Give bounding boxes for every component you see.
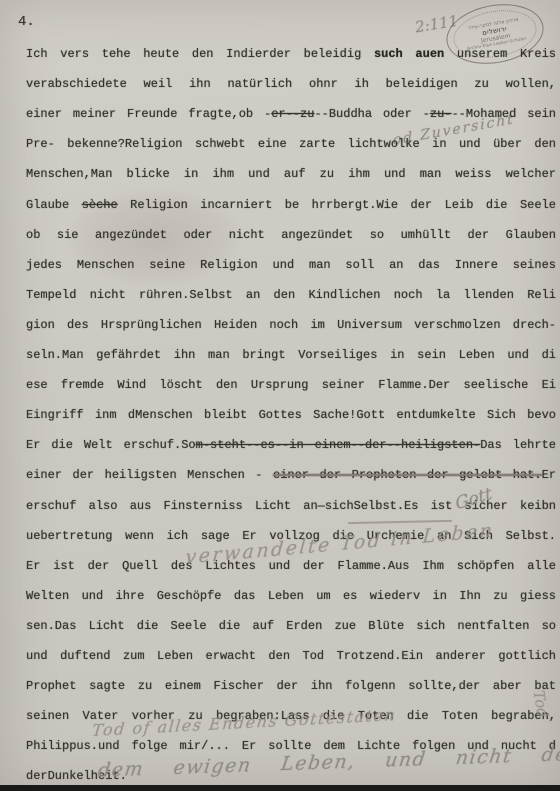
typed-line: Prophet sagte zu einem Fischer der ihn f…	[26, 678, 556, 694]
typed-text: ob sie angezündet oder nicht angezündet …	[26, 228, 556, 242]
typed-text: und duftend zum Leben erwacht den Tod Tr…	[26, 649, 556, 663]
typed-text-struck: sèche	[82, 198, 118, 212]
typed-line: und duftend zum Leben erwacht den Tod Tr…	[26, 648, 556, 664]
scan-edge	[0, 785, 560, 791]
typed-text: jedes Menschen seine Religion und man so…	[26, 258, 556, 272]
typed-text: Menschen,Man blicke in ihm und auf zu ih…	[26, 167, 556, 181]
typed-line: Eingriff inm dMenschen bleibt Gottes Sac…	[26, 407, 556, 423]
typed-text: Glaube	[26, 198, 82, 212]
typed-line: einer der heiligsten Menschen - einer de…	[26, 467, 556, 483]
typed-line: Menschen,Man blicke in ihm und auf zu ih…	[26, 166, 556, 182]
typed-text: gion des Hrsprünglichen Heiden noch im U…	[26, 318, 556, 332]
typed-line: Tempeld nicht rühren.Selbst an den Kindl…	[26, 287, 556, 303]
typed-text: einer meiner Freunde fragte,ob -	[26, 107, 271, 121]
page-number: 4.	[18, 14, 35, 30]
typed-text: Religion incarniert be hrrbergt.Wie der …	[118, 198, 556, 212]
typed-text: Tempeld nicht rühren.Selbst an den Kindl…	[26, 288, 556, 302]
typed-text: Prophet sagte zu einem Fischer der ihn f…	[26, 679, 556, 693]
typed-text-struck: zu-	[430, 107, 452, 121]
typed-line: Er die Welt erschuf.Som-steht--es--in ei…	[26, 437, 556, 453]
typed-text: unserem Kreis	[444, 47, 556, 61]
typed-text-pencil-struck: einer der Propheten der gelebt hat.	[273, 468, 542, 482]
typed-text: --Mohamed sein	[451, 107, 556, 121]
typed-text: Er die Welt erschuf.So	[26, 438, 196, 452]
typed-text: Eingriff inm dMenschen bleibt Gottes Sac…	[26, 408, 556, 422]
typed-text: Ich vers tehe heute den Indierder beleid…	[26, 47, 374, 61]
typed-line: gion des Hrsprünglichen Heiden noch im U…	[26, 317, 556, 333]
typed-line: Pre- bekenne?Religion schwebt eine zarte…	[26, 136, 556, 152]
typed-text: --Buddha oder -	[314, 107, 429, 121]
typed-text: ese fremde Wind löscht den Ursprung sein…	[26, 378, 556, 392]
typed-text-struck: m-steht--es--in einem--der--heiligsten-	[196, 438, 481, 452]
typed-line: jedes Menschen seine Religion und man so…	[26, 257, 556, 273]
typed-text: Pre- bekenne?Religion schwebt eine zarte…	[26, 137, 556, 151]
typed-text: einer der heiligsten Menschen -	[26, 468, 273, 482]
typed-text: Er	[542, 468, 556, 482]
typed-line: einer meiner Freunde fragte,ob -er--zu--…	[26, 106, 556, 122]
typed-text-struck: er--zu	[271, 107, 314, 121]
typed-text-overtyped: such auen	[374, 47, 444, 61]
typed-line: seln.Man gefährdet ihn man bringt Vorsei…	[26, 347, 556, 363]
typed-text: Er ist der Quell des Lichtes und der Fla…	[26, 559, 556, 573]
typed-line: sen.Das Licht die Seele die auf Erden zu…	[26, 618, 556, 634]
typed-line: Glaube sèche Religion incarniert be hrrb…	[26, 197, 556, 213]
typed-line: Ich vers tehe heute den Indierder beleid…	[26, 46, 556, 62]
typed-text: Welten und ihre Geschöpfe das Leben um e…	[26, 589, 556, 603]
typed-line: Welten und ihre Geschöpfe das Leben um e…	[26, 588, 556, 604]
typed-text: sen.Das Licht die Seele die auf Erden zu…	[26, 619, 556, 633]
typed-line: ese fremde Wind löscht den Ursprung sein…	[26, 377, 556, 393]
typed-text: Das lehrte	[480, 438, 556, 452]
typed-text: verabschiedete weil ihn natürlich ohnr i…	[26, 77, 556, 91]
document-page: 4. 2:111 ארכיון אלזה לסקר-שילר ירושלים J…	[0, 0, 560, 791]
typed-line: Er ist der Quell des Lichtes und der Fla…	[26, 558, 556, 574]
typed-text: seln.Man gefährdet ihn man bringt Vorsei…	[26, 348, 556, 362]
typed-line: ob sie angezündet oder nicht angezündet …	[26, 227, 556, 243]
typed-line: verabschiedete weil ihn natürlich ohnr i…	[26, 76, 556, 92]
